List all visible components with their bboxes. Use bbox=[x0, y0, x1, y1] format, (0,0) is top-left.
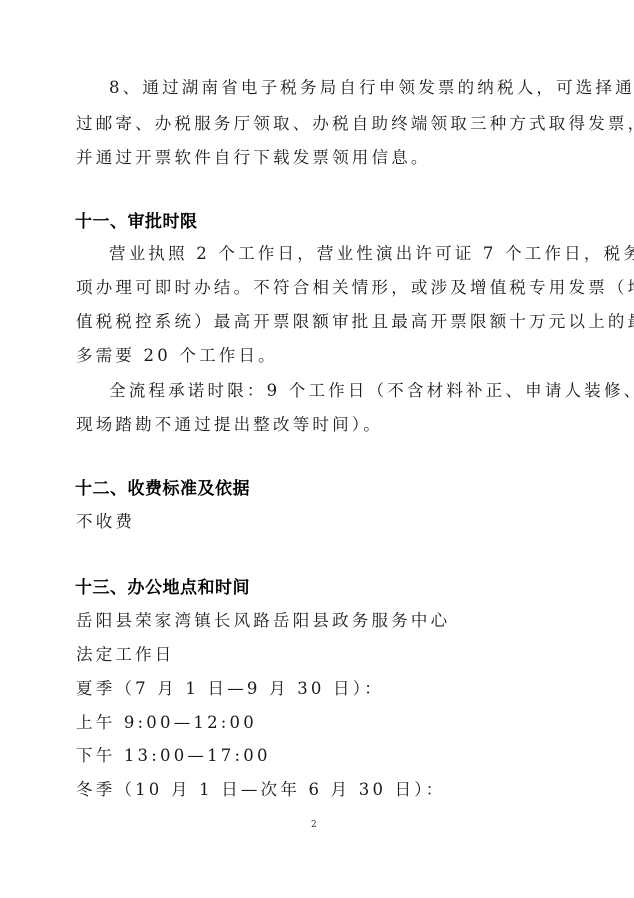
item8-line-2: 过邮寄、办税服务厅领取、办税自助终端领取三种方式取得发票， bbox=[76, 114, 634, 134]
section-11-para1-line-3: 值税税控系统）最高开票限额审批且最高开票限额十万元以上的最 bbox=[76, 312, 634, 332]
section-11-para1-line-4: 多需要 20 个工作日。 bbox=[76, 346, 278, 366]
section-11-para2-line-1: 全流程承诺时限：9 个工作日（不含材料补正、申请人装修、 bbox=[109, 381, 634, 401]
summer-hours-label: 夏季（7 月 1 日—9 月 30 日）： bbox=[76, 679, 384, 699]
section-12-heading: 十二、收费标准及依据 bbox=[75, 479, 250, 499]
office-address: 岳阳县荣家湾镇长风路岳阳县政务服务中心 bbox=[76, 611, 450, 631]
section-11-para1-line-1: 营业执照 2 个工作日，营业性演出许可证 7 个工作日，税务事 bbox=[109, 244, 634, 264]
page-number: 2 bbox=[311, 820, 317, 830]
item8-line-3: 并通过开票软件自行下载发票领用信息。 bbox=[76, 148, 431, 168]
winter-hours-label: 冬季（10 月 1 日—次年 6 月 30 日）： bbox=[76, 780, 445, 800]
item8-line-1: 8、通过湖南省电子税务局自行申领发票的纳税人，可选择通 bbox=[109, 78, 634, 98]
afternoon-hours: 下午 13:00—17:00 bbox=[76, 746, 271, 766]
section-13-heading: 十三、办公地点和时间 bbox=[75, 578, 250, 598]
section-11-para1-line-2: 项办理可即时办结。不符合相关情形，或涉及增值税专用发票（增 bbox=[76, 278, 634, 298]
section-11-para2-line-2: 现场踏勘不通过提出整改等时间）。 bbox=[76, 415, 383, 435]
section-11-heading: 十一、审批时限 bbox=[75, 212, 198, 232]
morning-hours: 上午 9:00—12:00 bbox=[76, 713, 257, 733]
workdays-label: 法定工作日 bbox=[76, 645, 175, 665]
section-12-text: 不收费 bbox=[76, 512, 135, 532]
document-page: 8、通过湖南省电子税务局自行申领发票的纳税人，可选择通 过邮寄、办税服务厅领取、… bbox=[0, 0, 634, 898]
